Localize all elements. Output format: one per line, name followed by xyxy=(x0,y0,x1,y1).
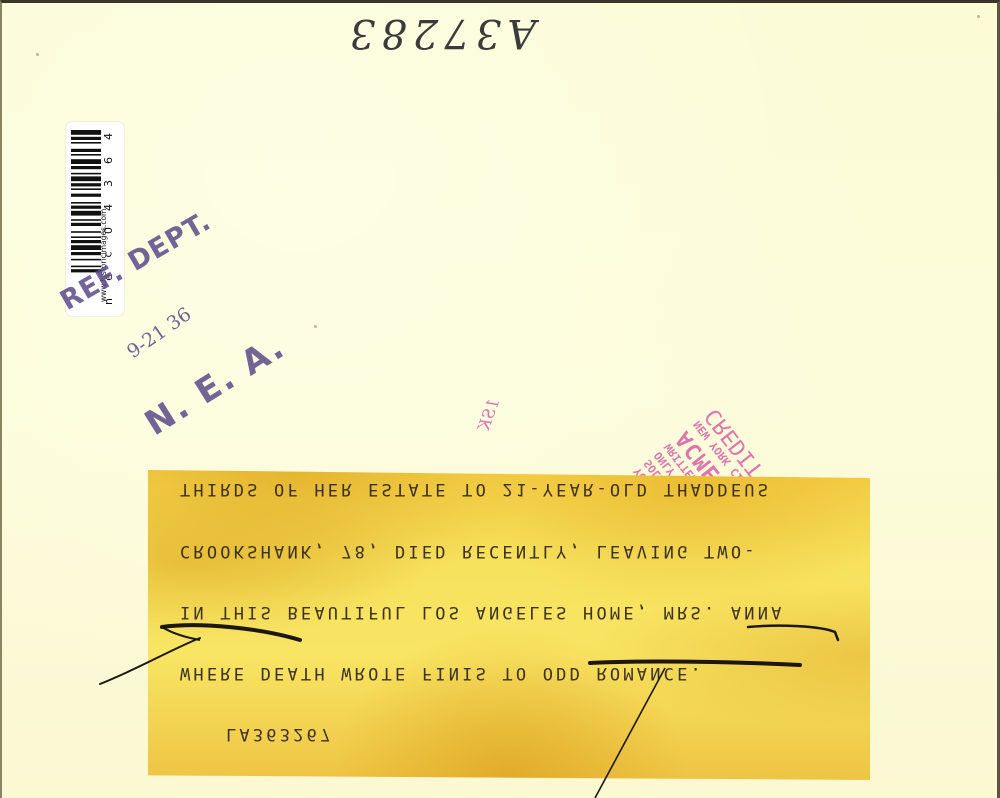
caption-line: IN THIS BEAUTIFUL LOS ANGELES HOME, MRS.… xyxy=(166,601,846,621)
caption-line: WHERE DEATH WROTE FINIS TO ODD ROMANCE. xyxy=(166,663,846,683)
barcode-digit: 4 xyxy=(102,133,115,140)
caption-line: THIRDS OF HER ESTATE TO 21-YEAR-OLD THAD… xyxy=(166,479,846,499)
handwritten-catalog-number: A37283 xyxy=(330,8,550,58)
caption-text: LA363267 WHERE DEATH WROTE FINIS TO ODD … xyxy=(166,515,846,785)
speck xyxy=(36,53,39,56)
speck xyxy=(977,15,980,18)
acme-credit-stamp: FROM PERMISSION BE PUBLISHED NOT FOR ADV… xyxy=(470,285,790,495)
caption-line: CROOKSHANK, 78, DIED RECENTLY, LEAVING T… xyxy=(166,540,846,560)
acme-handwritten-mark: 1SK xyxy=(474,396,503,434)
barcode-digit: 6 xyxy=(102,157,115,164)
caption-slip: LA363267 WHERE DEATH WROTE FINIS TO ODD … xyxy=(148,470,870,780)
caption-id: LA363267 xyxy=(166,724,846,744)
speck xyxy=(314,325,317,328)
barcode-digit: 3 xyxy=(102,180,115,187)
